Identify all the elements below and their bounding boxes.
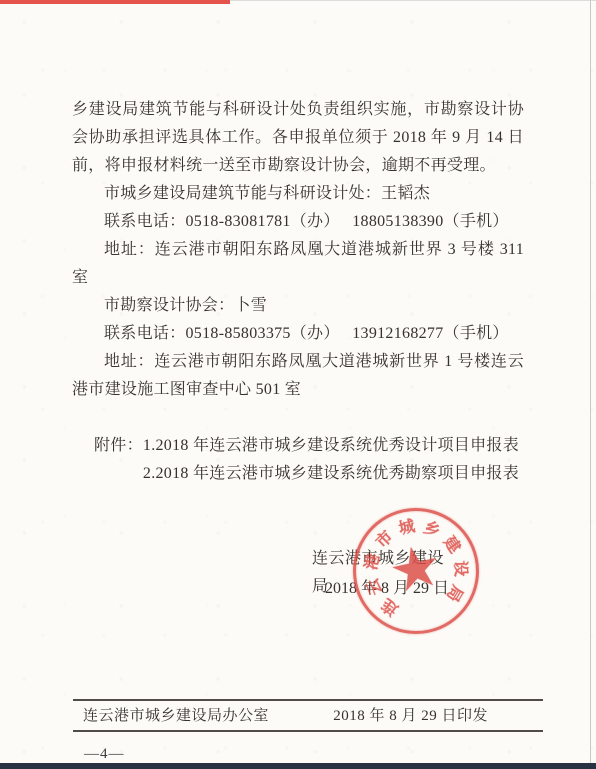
footer-row: 连云港市城乡建设局办公室 2018 年 8 月 29 日印发 [73,705,543,727]
scan-right-edge [590,0,591,769]
signature-date: 2018 年 8 月 29 日 [325,575,455,603]
paragraph: 乡建设局建筑节能与科研设计处负责组织实施，市勘察设计协会协助承担评选具体工作。各… [72,96,524,180]
seal-arc-char: 乡 [421,514,444,541]
footer-rule-top [73,699,543,701]
red-header-bar [0,0,230,4]
seal-arc: 连云港市城乡建设局 [341,496,464,522]
attachments-list: 1.2018 年连云港市城乡建设系统优秀设计项目申报表 2.2018 年连云港市… [143,432,524,488]
paragraph-address-1: 地址：连云港市朝阳东路凤凰大道港城新世界 3 号楼 311 室 [72,236,524,292]
seal-arc-char: 城 [396,513,416,539]
paragraph-phone-2: 联系电话：0518-85803375（办） 13912168277（手机） [72,320,524,348]
attachments-label: 附件： [94,432,143,488]
footer-issuing-office: 连云港市城乡建设局办公室 [83,705,269,727]
paragraph-association-contact: 市勘察设计协会：卜雪 [72,292,524,320]
footer-print-date: 2018 年 8 月 29 日印发 [333,705,488,727]
scanned-document-page: 乡建设局建筑节能与科研设计处负责组织实施，市勘察设计协会协助承担评选具体工作。各… [0,0,596,769]
attachments-block: 附件： 1.2018 年连云港市城乡建设系统优秀设计项目申报表 2.2018 年… [72,432,524,488]
scan-bottom-band [0,763,596,769]
body-text: 乡建设局建筑节能与科研设计处负责组织实施，市勘察设计协会协助承担评选具体工作。各… [72,96,524,488]
footer-rule-bottom [73,730,543,732]
paragraph-address-2: 地址：连云港市朝阳东路凤凰大道港城新世界 1 号楼连云港市建设施工图审查中心 5… [72,348,524,404]
attachment-item: 2.2018 年连云港市城乡建设系统优秀勘察项目申报表 [143,460,524,488]
paragraph-contact-person: 市城乡建设局建筑节能与科研设计处：王韬杰 [72,180,524,208]
attachment-item: 1.2018 年连云港市城乡建设系统优秀设计项目申报表 [143,432,524,460]
page-number: —4— [84,746,125,763]
paragraph-phone-1: 联系电话：0518-83081781（办） 18805138390（手机） [72,208,524,236]
